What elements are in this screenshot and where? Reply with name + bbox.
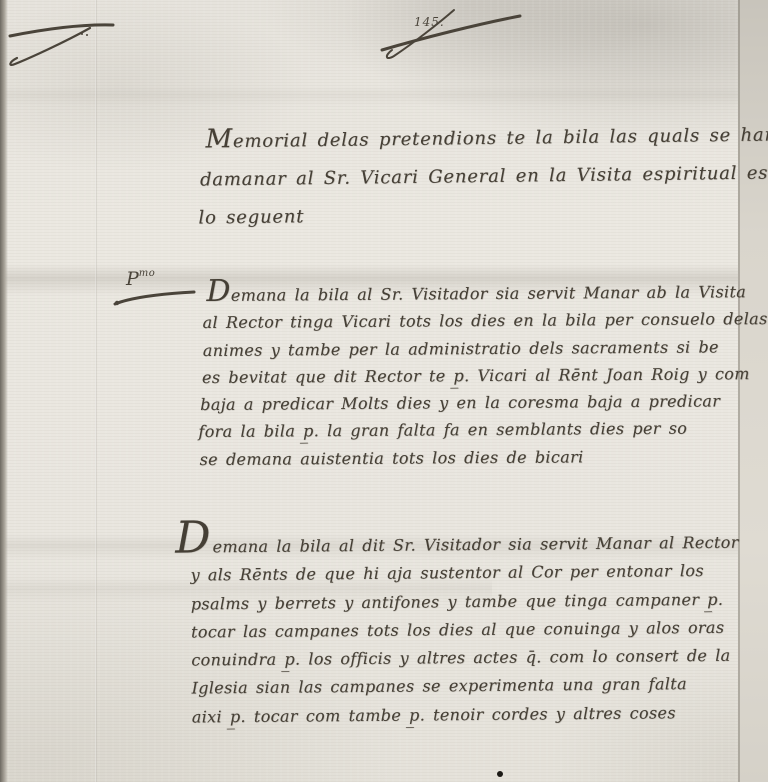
memorial-heading: Memorial delas pretendions te la bila la… [197,116,768,237]
page-number: 145. [414,15,445,29]
manuscript-line: aixi p̲. tocar com tambe p̲. tenoir cord… [192,698,768,731]
manuscript-line: es bevitat que dit Rector te p̲. Vicari … [202,360,768,391]
manuscript-line: se demana auistentia tots los dies de bi… [199,442,768,473]
primo-flourish-icon [112,288,198,312]
horizontal-fold-crease [0,86,768,106]
petition-item-2: Demana la bila al dit Sr. Visitador sia … [175,521,768,731]
page-number-strike-flourish-icon [368,6,528,64]
primo-superscript: mo [139,268,156,279]
item-marker-primo: Pmo [126,268,155,290]
corner-paraph-flourish-icon [5,16,120,71]
manuscript-line: y als Rēnts de que hi aja sustentor al C… [190,557,768,590]
manuscript-line: lo seguent [198,192,768,237]
manuscript-line: baja a predicar Molts dies y en la cores… [200,387,768,418]
vertical-fold-line [95,0,97,782]
manuscript-line: damanar al Sr. Vicari General en la Visi… [200,154,768,199]
manuscript-line: Demana la bila al dit Sr. Visitador sia … [175,521,768,562]
manuscript-line: animes y tambe per la administratio dels… [203,333,768,364]
petition-item-1: Demana la bila al Sr. Visitador sia serv… [195,276,768,473]
manuscript-page: 145. Memorial delas pretendions te la bi… [0,0,768,782]
ink-dot [497,771,503,777]
manuscript-line: fora la bila p̲. la gran falta fa en sem… [198,414,768,445]
manuscript-line: al Rector tinga Vicari tots los dies en … [203,305,768,336]
manuscript-line: Demana la bila al Sr. Visitador sia serv… [206,276,768,309]
paper-edge-left [0,0,8,782]
primo-label: P [126,268,139,290]
manuscript-line: Iglesia sian las campanes se experimenta… [191,670,768,703]
